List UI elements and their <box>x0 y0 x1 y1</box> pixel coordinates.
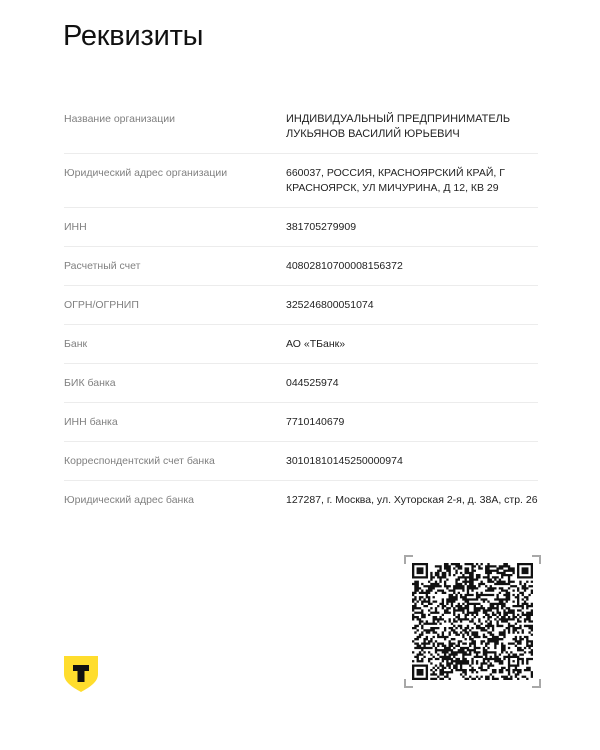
requisite-value[interactable]: АО «ТБанк» <box>286 337 538 352</box>
requisite-row-org-name: Название организации ИНДИВИДУАЛЬНЫЙ ПРЕД… <box>64 100 538 154</box>
requisite-value[interactable]: 30101810145250000974 <box>286 454 538 469</box>
requisite-value[interactable]: 044525974 <box>286 376 538 391</box>
requisite-label: Юридический адрес банка <box>64 493 286 508</box>
requisite-row-corr-account: Корреспондентский счет банка 30101810145… <box>64 442 538 481</box>
qr-frame-corner <box>532 679 541 688</box>
requisite-row-ogrn: ОГРН/ОГРНИП 325246800051074 <box>64 286 538 325</box>
requisite-label: Название организации <box>64 112 286 142</box>
requisites-table: Название организации ИНДИВИДУАЛЬНЫЙ ПРЕД… <box>64 100 538 519</box>
qr-code <box>404 555 541 688</box>
requisite-value[interactable]: 40802810700008156372 <box>286 259 538 274</box>
requisite-row-bik: БИК банка 044525974 <box>64 364 538 403</box>
requisite-value[interactable]: 127287, г. Москва, ул. Хуторская 2-я, д.… <box>286 493 538 508</box>
requisite-value[interactable]: 7710140679 <box>286 415 538 430</box>
requisite-label: БИК банка <box>64 376 286 391</box>
requisite-label: ИНН <box>64 220 286 235</box>
requisite-value[interactable]: 660037, РОССИЯ, КРАСНОЯРСКИЙ КРАЙ, Г КРА… <box>286 166 538 196</box>
requisite-label: Расчетный счет <box>64 259 286 274</box>
requisite-value[interactable]: ИНДИВИДУАЛЬНЫЙ ПРЕДПРИНИМАТЕЛЬ ЛУКЬЯНОВ … <box>286 112 538 142</box>
tbank-logo-icon <box>64 656 98 692</box>
qr-code-icon <box>412 563 533 680</box>
requisite-row-inn: ИНН 381705279909 <box>64 208 538 247</box>
requisite-label: Корреспондентский счет банка <box>64 454 286 469</box>
requisite-row-account: Расчетный счет 40802810700008156372 <box>64 247 538 286</box>
page-title: Реквизиты <box>63 20 203 53</box>
requisite-row-bank-inn: ИНН банка 7710140679 <box>64 403 538 442</box>
requisite-label: Юридический адрес организации <box>64 166 286 196</box>
qr-frame-corner <box>532 555 541 564</box>
requisite-label: ОГРН/ОГРНИП <box>64 298 286 313</box>
requisite-row-bank-address: Юридический адрес банка 127287, г. Москв… <box>64 481 538 519</box>
requisite-row-org-address: Юридический адрес организации 660037, РО… <box>64 154 538 208</box>
requisite-value[interactable]: 325246800051074 <box>286 298 538 313</box>
requisite-value[interactable]: 381705279909 <box>286 220 538 235</box>
requisite-row-bank: Банк АО «ТБанк» <box>64 325 538 364</box>
requisite-label: Банк <box>64 337 286 352</box>
requisite-label: ИНН банка <box>64 415 286 430</box>
qr-frame-corner <box>404 679 413 688</box>
